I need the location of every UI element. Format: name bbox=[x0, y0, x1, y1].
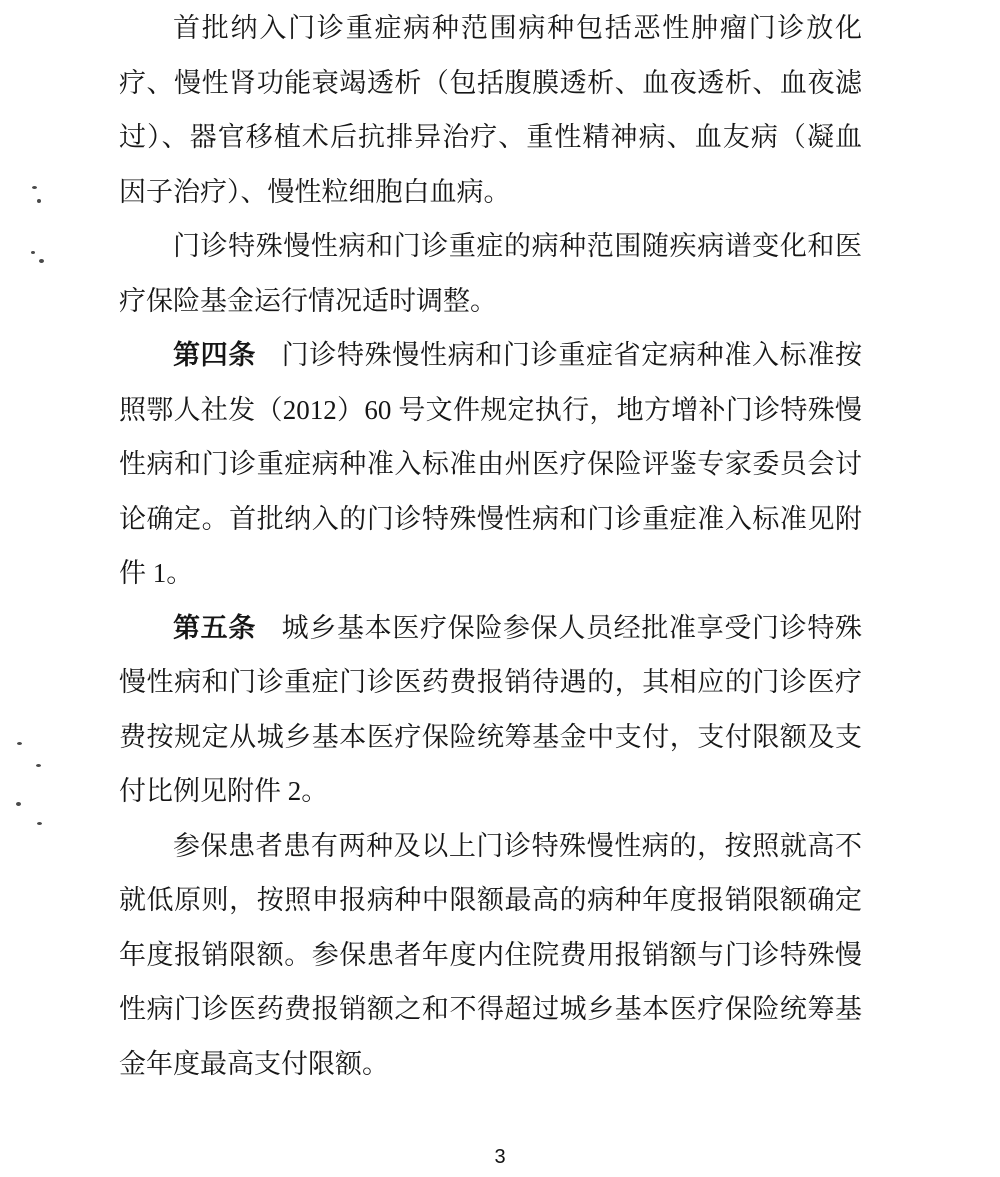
text-line: 门诊特殊慢性病和门诊重症的病种范围随疾病谱变化和医 bbox=[119, 219, 862, 274]
text-line: 性病和门诊重症病种准入标准由州医疗保险评鉴专家委员会讨 bbox=[119, 437, 862, 492]
scan-artifact bbox=[36, 764, 41, 767]
article-number: 第五条 bbox=[173, 613, 256, 643]
scan-artifact bbox=[17, 742, 22, 745]
page-number: 3 bbox=[0, 1146, 1000, 1169]
scan-artifact bbox=[32, 186, 37, 189]
document-page: 首批纳入门诊重症病种范围病种包括恶性肿瘤门诊放化 疗、慢性肾功能衰竭透析（包括腹… bbox=[0, 0, 1000, 1177]
text-line: 第四条门诊特殊慢性病和门诊重症省定病种准入标准按 bbox=[119, 328, 862, 383]
text-line: 就低原则，按照申报病种中限额最高的病种年度报销限额确定 bbox=[119, 873, 862, 928]
article-number: 第四条 bbox=[173, 340, 256, 370]
text-line: 疗保险基金运行情况适时调整。 bbox=[119, 274, 862, 329]
text-line: 论确定。首批纳入的门诊特殊慢性病和门诊重症准入标准见附 bbox=[119, 492, 862, 547]
text-line: 性病门诊医药费报销额之和不得超过城乡基本医疗保险统筹基 bbox=[119, 982, 862, 1037]
text-line: 年度报销限额。参保患者年度内住院费用报销额与门诊特殊慢 bbox=[119, 928, 862, 983]
text-line: 过）、器官移植术后抗排异治疗、重性精神病、血友病（凝血 bbox=[119, 110, 862, 165]
scan-artifact bbox=[37, 199, 41, 203]
paragraph: 门诊特殊慢性病和门诊重症的病种范围随疾病谱变化和医 疗保险基金运行情况适时调整。 bbox=[119, 219, 862, 328]
text-line: 第五条城乡基本医疗保险参保人员经批准享受门诊特殊 bbox=[119, 601, 862, 656]
text-line: 件 1。 bbox=[119, 546, 862, 601]
scan-artifact bbox=[31, 251, 35, 254]
paragraph: 参保患者患有两种及以上门诊特殊慢性病的，按照就高不 就低原则，按照申报病种中限额… bbox=[119, 819, 862, 1092]
text-line: 金年度最高支付限额。 bbox=[119, 1037, 862, 1092]
text-line: 照鄂人社发（2012）60 号文件规定执行，地方增补门诊特殊慢 bbox=[119, 383, 862, 438]
text-line-body: 门诊特殊慢性病和门诊重症省定病种准入标准按 bbox=[282, 340, 862, 370]
text-line: 慢性病和门诊重症门诊医药费报销待遇的，其相应的门诊医疗 bbox=[119, 655, 862, 710]
text-line: 参保患者患有两种及以上门诊特殊慢性病的，按照就高不 bbox=[119, 819, 862, 874]
scan-artifact bbox=[37, 822, 42, 825]
scan-artifact bbox=[16, 802, 21, 806]
text-line: 疗、慢性肾功能衰竭透析（包括腹膜透析、血夜透析、血夜滤 bbox=[119, 56, 862, 111]
scan-artifact bbox=[39, 259, 44, 263]
document-text-block: 首批纳入门诊重症病种范围病种包括恶性肿瘤门诊放化 疗、慢性肾功能衰竭透析（包括腹… bbox=[119, 1, 862, 1091]
text-line: 费按规定从城乡基本医疗保险统筹基金中支付，支付限额及支 bbox=[119, 710, 862, 765]
text-line: 首批纳入门诊重症病种范围病种包括恶性肿瘤门诊放化 bbox=[119, 1, 862, 56]
text-line: 因子治疗）、慢性粒细胞白血病。 bbox=[119, 165, 862, 220]
text-line-body: 城乡基本医疗保险参保人员经批准享受门诊特殊 bbox=[282, 613, 862, 643]
paragraph-article-5: 第五条城乡基本医疗保险参保人员经批准享受门诊特殊 慢性病和门诊重症门诊医药费报销… bbox=[119, 601, 862, 819]
paragraph: 首批纳入门诊重症病种范围病种包括恶性肿瘤门诊放化 疗、慢性肾功能衰竭透析（包括腹… bbox=[119, 1, 862, 219]
text-line: 付比例见附件 2。 bbox=[119, 764, 862, 819]
paragraph-article-4: 第四条门诊特殊慢性病和门诊重症省定病种准入标准按 照鄂人社发（2012）60 号… bbox=[119, 328, 862, 601]
